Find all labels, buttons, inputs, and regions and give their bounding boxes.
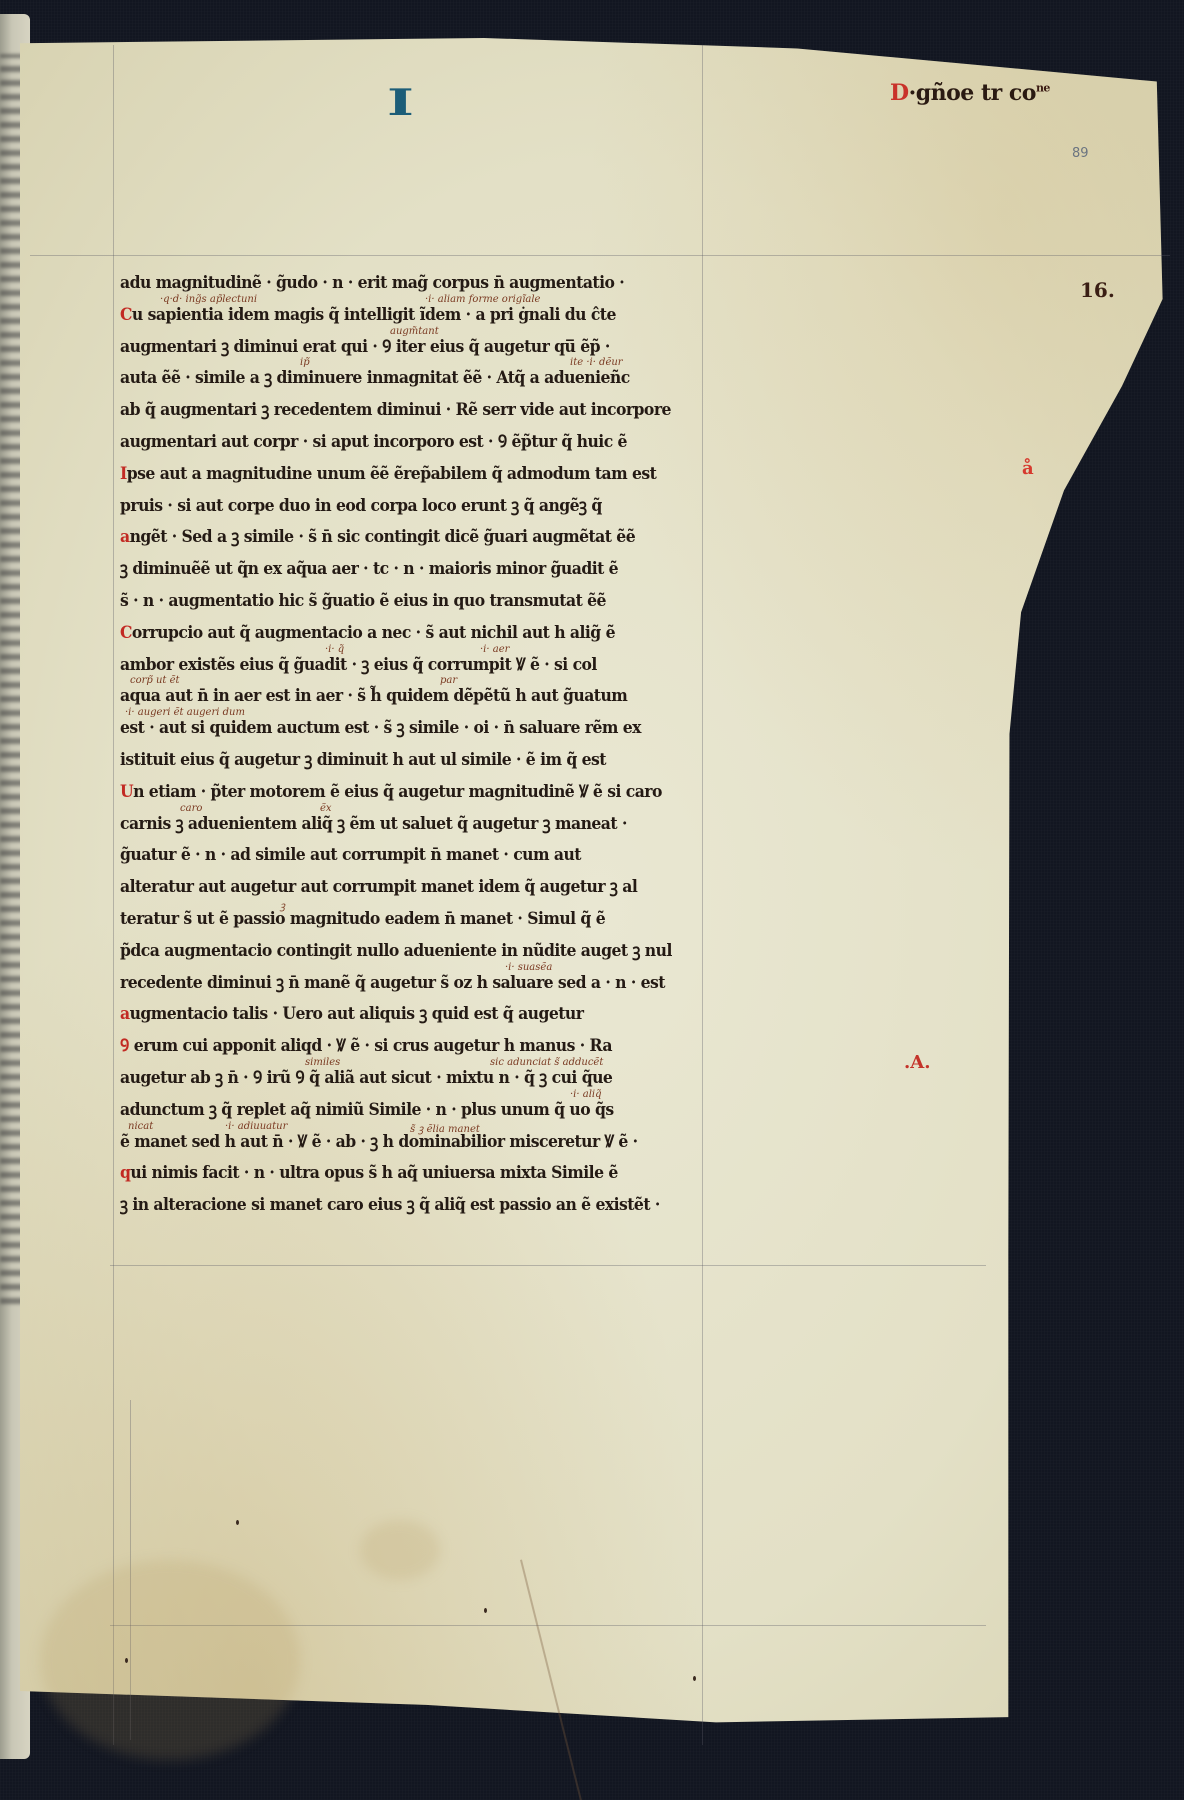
red-initial: a	[120, 1004, 130, 1024]
text-line: p̃dca augmentacio contingit nullo adueni…	[120, 936, 672, 968]
interlinear-gloss: ·i· aer	[480, 644, 509, 655]
text-line: Un etiam · p̃ter motorem ẽ eius q̃ auget…	[120, 777, 672, 809]
text-line: s̃ · n · augmentatio hic s̃ g̃uatio ẽ ei…	[120, 586, 672, 618]
text-line: istituit eius q̃ augetur ꝫ diminuit h au…	[120, 745, 672, 777]
interlinear-gloss: ẽx	[320, 803, 332, 814]
interlinear-gloss: similes	[305, 1057, 340, 1068]
text-line: carnis ꝫ aduenientem aliq̃ ꝫ ẽm ut salue…	[120, 809, 672, 841]
text-line: ꝫ in alteracione si manet caro eius ꝫ q̃…	[120, 1190, 672, 1222]
blue-chapter-initial: I	[387, 82, 414, 124]
interlinear-gloss: ·i· q̃	[325, 644, 344, 655]
text-line: augmentari aut corpr · si aput incorporo…	[120, 427, 672, 459]
red-initial: C	[120, 305, 132, 325]
text-line: g̃uatur ẽ · n · ad simile aut corrumpit …	[120, 840, 672, 872]
red-initial: a	[120, 527, 130, 547]
ruling-text-bottom	[110, 1265, 986, 1266]
water-stain	[360, 1520, 440, 1580]
text-line: ab q̃ augmentari ꝫ recedentem diminui · …	[120, 395, 672, 427]
text-line: angẽt · Sed a ꝫ simile · s̃ n̄ sic conti…	[120, 522, 672, 554]
text-line: ẽ manet sed h aut n̄ · Ꝟ ẽ · ab · ꝫ h do…	[120, 1127, 672, 1159]
interlinear-gloss: ꝫ	[280, 898, 285, 912]
running-title-superscript: ne	[1036, 82, 1050, 95]
pricking-hole	[125, 1658, 128, 1663]
text-line: alteratur aut augetur aut corrumpit mane…	[120, 872, 672, 904]
text-line: recedente diminui ꝫ n̄ manẽ q̃ augetur s…	[120, 968, 672, 1000]
margin-red-A-mark: .A.	[904, 1052, 931, 1073]
interlinear-gloss: ip̃	[300, 357, 310, 368]
text-line: ꝫ diminuẽẽ ut q̃n ex aq̃ua aer · tc · n …	[120, 554, 672, 586]
interlinear-gloss: ·i· suasẽa	[505, 962, 552, 973]
ruling-left-margin	[113, 45, 114, 1745]
interlinear-gloss: par	[440, 675, 457, 686]
folio-number: 89	[1072, 146, 1089, 161]
margin-number-mark: 16.	[1080, 278, 1115, 302]
interlinear-gloss: corp̃ ut ẽt	[130, 675, 180, 686]
red-initial: U	[120, 782, 133, 802]
text-line: Corrupcio aut q̃ augmentacio a nec · s̃ …	[120, 618, 672, 650]
interlinear-gloss: augm̃tant	[390, 326, 439, 337]
main-text-column: adu magnitudinẽ · g̃udo · n · erit mag̃ …	[120, 268, 720, 1222]
text-line: augmentacio talis · Uero aut aliquis ꝫ q…	[120, 999, 672, 1031]
interlinear-gloss: ·i· augeri ẽt augeri dum	[125, 707, 245, 718]
red-initial: I	[120, 464, 127, 484]
interlinear-gloss: nicat	[128, 1121, 153, 1132]
water-stain	[40, 1560, 300, 1760]
pricking-hole	[693, 1676, 696, 1681]
pricking-hole	[236, 1520, 239, 1525]
interlinear-gloss: ·i· aliam forme origĩale	[425, 294, 540, 305]
interlinear-gloss: caro	[180, 803, 202, 814]
margin-red-a-mark: å	[1022, 458, 1034, 479]
pricking-hole	[484, 1608, 487, 1613]
red-initial: Ꝯ	[120, 1036, 129, 1056]
red-initial: C	[120, 623, 132, 643]
text-line: Ipse aut a magnitudine unum ẽẽ ẽrep̃abil…	[120, 459, 672, 491]
red-initial: q	[120, 1163, 130, 1183]
running-title: D·gñoe tr cone	[890, 80, 1050, 106]
text-line: pruis · si aut corpe duo in eod corpa lo…	[120, 491, 672, 523]
interlinear-gloss: ·i· adiuuatur	[225, 1121, 287, 1132]
text-line: ambor existẽs eius q̃ g̃uadit · ꝫ eius q…	[120, 650, 672, 682]
text-line: qui nimis facit · n · ultra opus s̃ h aq…	[120, 1158, 672, 1190]
interlinear-gloss: sic adunciat s̃ adducẽt	[490, 1057, 603, 1068]
running-title-red-initial: D	[890, 80, 909, 106]
interlinear-gloss: ·q·d· ing̃s ap̃lectuni	[160, 294, 257, 305]
text-line: teratur s̃ ut ẽ passio magnitudo eadem n…	[120, 904, 672, 936]
interlinear-gloss: s̃ ꝫ ẽlia manet	[410, 1121, 480, 1135]
running-title-text: ·gñoe tr co	[909, 80, 1036, 106]
ruling-top	[30, 255, 1170, 256]
interlinear-gloss: ·i· aliq̃	[570, 1089, 602, 1100]
interlinear-gloss: ite ·i· dẽur	[570, 357, 623, 368]
